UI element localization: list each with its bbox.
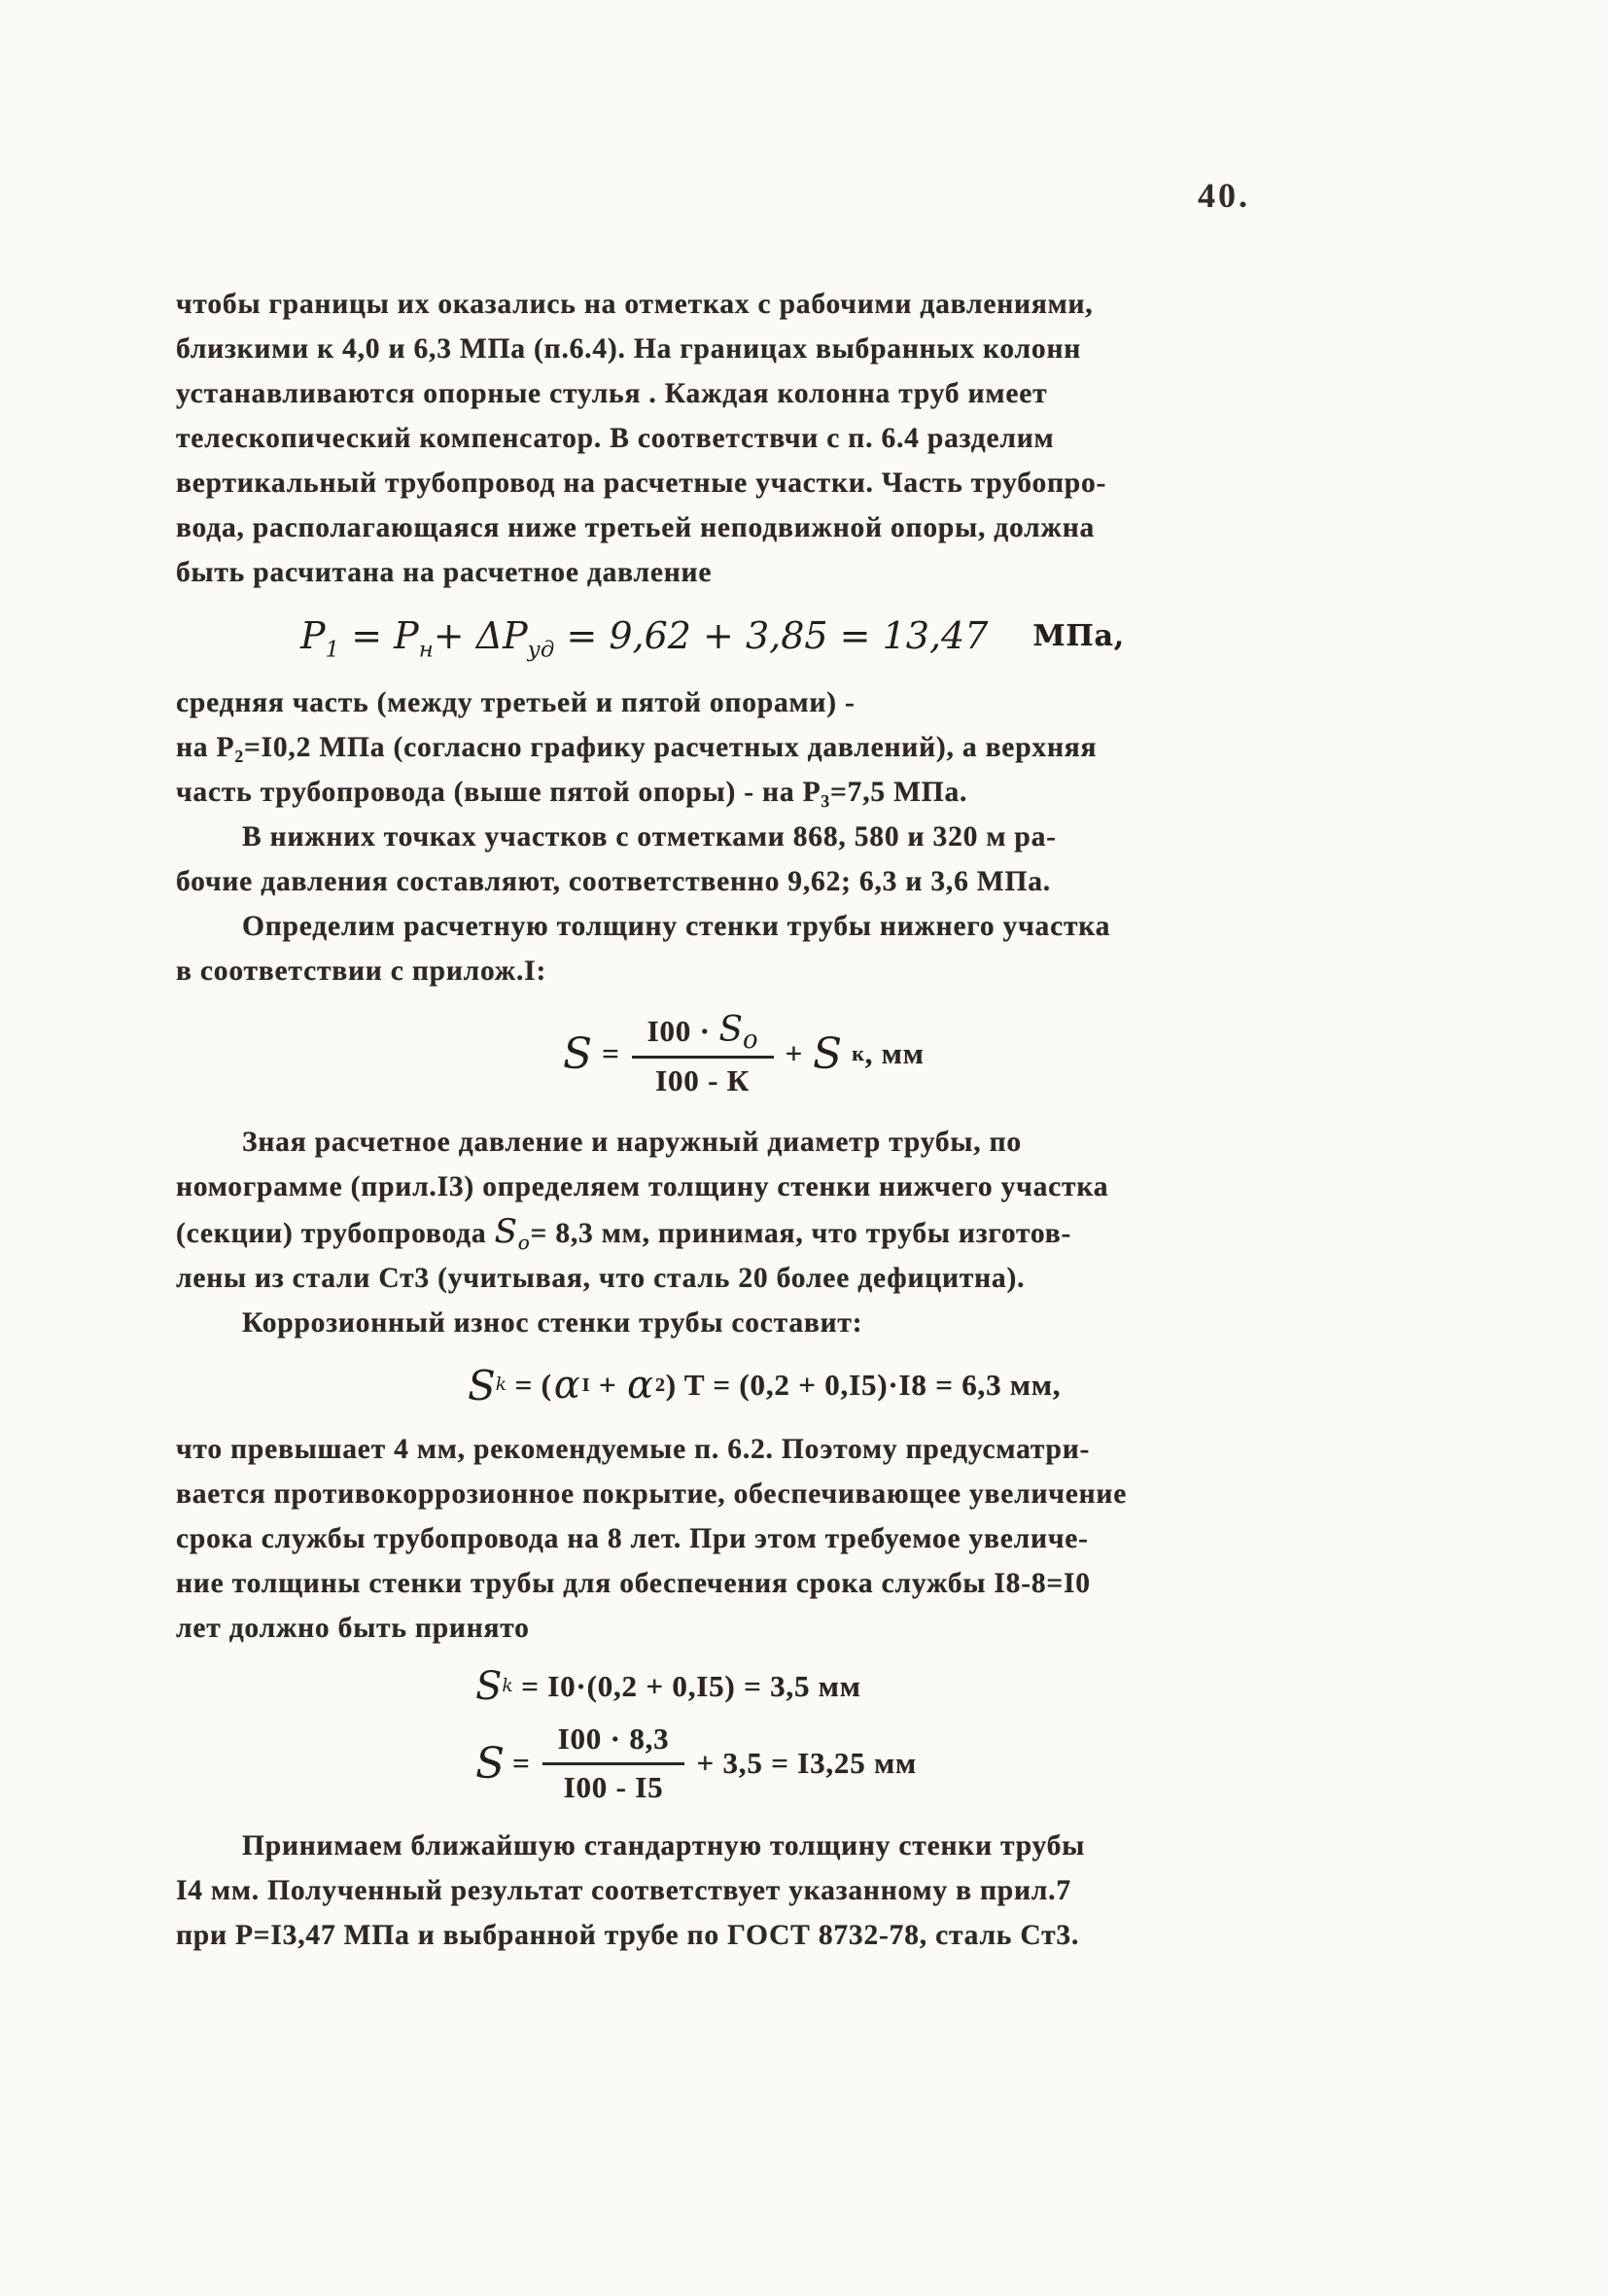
formula-term: = 9,62 + 3,85 = 13,47	[554, 614, 988, 657]
formula-term: = (	[507, 1368, 552, 1403]
fraction-denominator: I00 - К	[655, 1059, 750, 1098]
text-line: срока службы трубопровода на 8 лет. При …	[176, 1516, 1451, 1561]
paragraph-2: средняя часть (между третьей и пятой опо…	[176, 680, 1451, 815]
paragraph-1: чтобы границы их оказались на отметках с…	[176, 282, 1451, 595]
fraction: I00 · So I00 - К	[632, 1010, 774, 1098]
text-line: Принимаем ближайшую стандартную толщину …	[176, 1824, 1451, 1868]
formula-wall-thickness: S = I00 · So I00 - К + S к , мм	[563, 1003, 1451, 1104]
paragraph-4: Определим расчетную толщину стенки трубы…	[176, 904, 1451, 993]
formula-term: =	[602, 1036, 619, 1071]
text-line: средняя часть (между третьей и пятой опо…	[176, 680, 1451, 725]
formula-required-allowance: S k = I0·(0,2 + 0,I5) = 3,5 мм	[475, 1662, 1451, 1711]
fraction-denominator: I00 - I5	[564, 1765, 664, 1805]
formula-corrosion-wear: S k = ( α I + α 2 ) T = (0,2 + 0,I5)·I8 …	[468, 1353, 1451, 1417]
text-line: лены из стали Ст3 (учитывая, что сталь 2…	[176, 1256, 1451, 1301]
formula-term: S	[468, 1362, 496, 1409]
text-line: Коррозионный износ стенки трубы составит…	[176, 1301, 1451, 1345]
formula-unit: МПа,	[1032, 619, 1125, 653]
text-line: (секции) трубопровода So= 8,3 мм, приним…	[176, 1209, 1451, 1256]
text-line: вается противокоррозионное покрытие, обе…	[176, 1472, 1451, 1516]
fraction: I00 · 8,3 I00 - I5	[542, 1722, 685, 1805]
text-line: часть трубопровода (выше пятой опоры) - …	[176, 770, 1451, 815]
text-line: при Р=I3,47 МПа и выбранной трубе по ГОС…	[176, 1913, 1451, 1958]
text-line: Зная расчетное давление и наружный диаме…	[176, 1120, 1451, 1165]
formula-term: =	[512, 1746, 530, 1781]
formula-term: + 3,5 = I3,25 мм	[696, 1746, 916, 1781]
paragraph-8: Принимаем ближайшую стандартную толщину …	[176, 1824, 1451, 1958]
paragraph-5: Зная расчетное давление и наружный диаме…	[176, 1120, 1451, 1301]
text-line: В нижних точках участков с отметками 868…	[176, 815, 1451, 859]
text-line: быть расчитана на расчетное давление	[176, 550, 1451, 595]
alpha-symbol: α	[627, 1363, 653, 1408]
formula-term: = Pн	[339, 614, 434, 657]
formula-term: , мм	[865, 1036, 925, 1071]
text-line: номограмме (прил.I3) определяем толщину …	[176, 1165, 1451, 1209]
formula-term: + ΔPуд	[434, 614, 555, 657]
text-line: лет должно быть принято	[176, 1606, 1451, 1651]
inline-symbol-s0: S	[495, 1212, 518, 1251]
text-line: в соответствии с прилож.I:	[176, 949, 1451, 993]
paragraph-7: что превышает 4 мм, рекомендуемые п. 6.2…	[176, 1427, 1451, 1651]
text-line: вода, располагающаяся ниже третьей непод…	[176, 505, 1451, 550]
formula-term: +	[786, 1036, 803, 1071]
formula-term: S	[813, 1029, 842, 1079]
text-line: близкими к 4,0 и 6,3 МПа (п.6.4). На гра…	[176, 327, 1451, 371]
text-line: Определим расчетную толщину стенки трубы…	[176, 904, 1451, 949]
text-line: ние толщины стенки трубы для обеспечения…	[176, 1561, 1451, 1606]
scanned-document-page: 40. чтобы границы их оказались на отметк…	[0, 0, 1608, 2296]
formula-final-thickness: S = I00 · 8,3 I00 - I5 + 3,5 = I3,25 мм	[475, 1715, 1451, 1812]
text-line: устанавливаются опорные стулья . Каждая …	[176, 371, 1451, 416]
paragraph-6: Коррозионный износ стенки трубы составит…	[176, 1301, 1451, 1345]
text-line: вертикальный трубопровод на расчетные уч…	[176, 461, 1451, 505]
formula-term: P1	[300, 614, 339, 657]
page-number: 40.	[1198, 175, 1250, 216]
text-line: чтобы границы их оказались на отметках с…	[176, 282, 1451, 327]
formula-term: S	[563, 1029, 592, 1079]
formula-term: S	[475, 1739, 505, 1789]
fraction-numerator: I00 · So	[632, 1010, 774, 1059]
page-content: чтобы границы их оказались на отметках с…	[176, 282, 1451, 1958]
text-line: на Р₂=I0,2 МПа (согласно графику расчетн…	[176, 725, 1451, 770]
text-line: телескопический компенсатор. В соответст…	[176, 416, 1451, 461]
fraction-numerator: I00 · 8,3	[542, 1722, 685, 1765]
alpha-symbol: α	[554, 1363, 580, 1408]
formula-term: ) T = (0,2 + 0,I5)·I8 = 6,3 мм,	[666, 1368, 1062, 1403]
text-line: что превышает 4 мм, рекомендуемые п. 6.2…	[176, 1427, 1451, 1472]
formula-term: = I0·(0,2 + 0,I5) = 3,5 мм	[513, 1669, 861, 1704]
text-line: бочие давления составляют, соответственн…	[176, 859, 1451, 904]
formula-term: S	[475, 1664, 502, 1709]
formula-design-pressure-p1: P1 = Pн + ΔPуд = 9,62 + 3,85 = 13,47 МПа…	[300, 605, 1451, 667]
paragraph-3: В нижних точках участков с отметками 868…	[176, 815, 1451, 904]
formula-term: +	[590, 1368, 625, 1403]
text-line: I4 мм. Полученный результат соответствуе…	[176, 1868, 1451, 1913]
